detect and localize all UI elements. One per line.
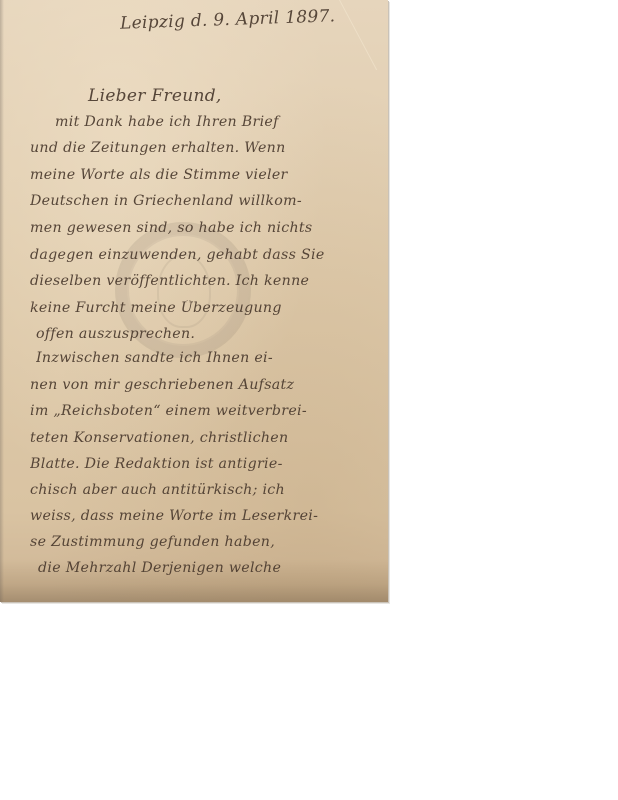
letter-line: dagegen einzuwenden, gehabt dass Sie — [30, 247, 382, 263]
letter-dateline: Leipzig d. 9. April 1897. — [120, 6, 336, 34]
page: Leipzig d. 9. April 1897. Lieber Freund,… — [0, 0, 618, 800]
letter-line: keine Furcht meine Überzeugung — [30, 300, 382, 316]
letter-line: und die Zeitungen erhalten. Wenn — [30, 140, 382, 156]
letter-line: mit Dank habe ich Ihren Brief — [55, 114, 388, 130]
letter-line: Inzwischen sandte ich Ihnen ei- — [36, 350, 388, 366]
letter-line: offen auszusprechen. — [36, 326, 388, 342]
letter-salutation: Lieber Freund, — [88, 86, 222, 106]
letter-line: chisch aber auch antitürkisch; ich — [30, 482, 382, 498]
letter-line: im „Reichsboten“ einem weitverbrei- — [30, 403, 382, 419]
letter-line: meine Worte als die Stimme vieler — [30, 167, 382, 183]
letter-line: se Zustimmung gefunden haben, — [30, 534, 382, 550]
letter-line: Blatte. Die Redaktion ist antigrie- — [30, 456, 382, 472]
letter-line: nen von mir geschriebenen Aufsatz — [30, 377, 382, 393]
letter-line: teten Konservationen, christlichen — [30, 430, 382, 446]
stamp-emblem-icon — [157, 254, 211, 328]
letter-line: die Mehrzahl Derjenigen welche — [38, 560, 388, 576]
letter-line: weiss, dass meine Worte im Leserkrei- — [30, 508, 382, 524]
letter-line: men gewesen sind, so habe ich nichts — [30, 220, 382, 236]
letter-paper: Leipzig d. 9. April 1897. Lieber Freund,… — [0, 0, 388, 602]
paper-fold-crease — [339, 0, 388, 70]
letter-line: Deutschen in Griechenland willkom- — [30, 193, 382, 209]
letter-line: dieselben veröffentlichten. Ich kenne — [30, 273, 382, 289]
